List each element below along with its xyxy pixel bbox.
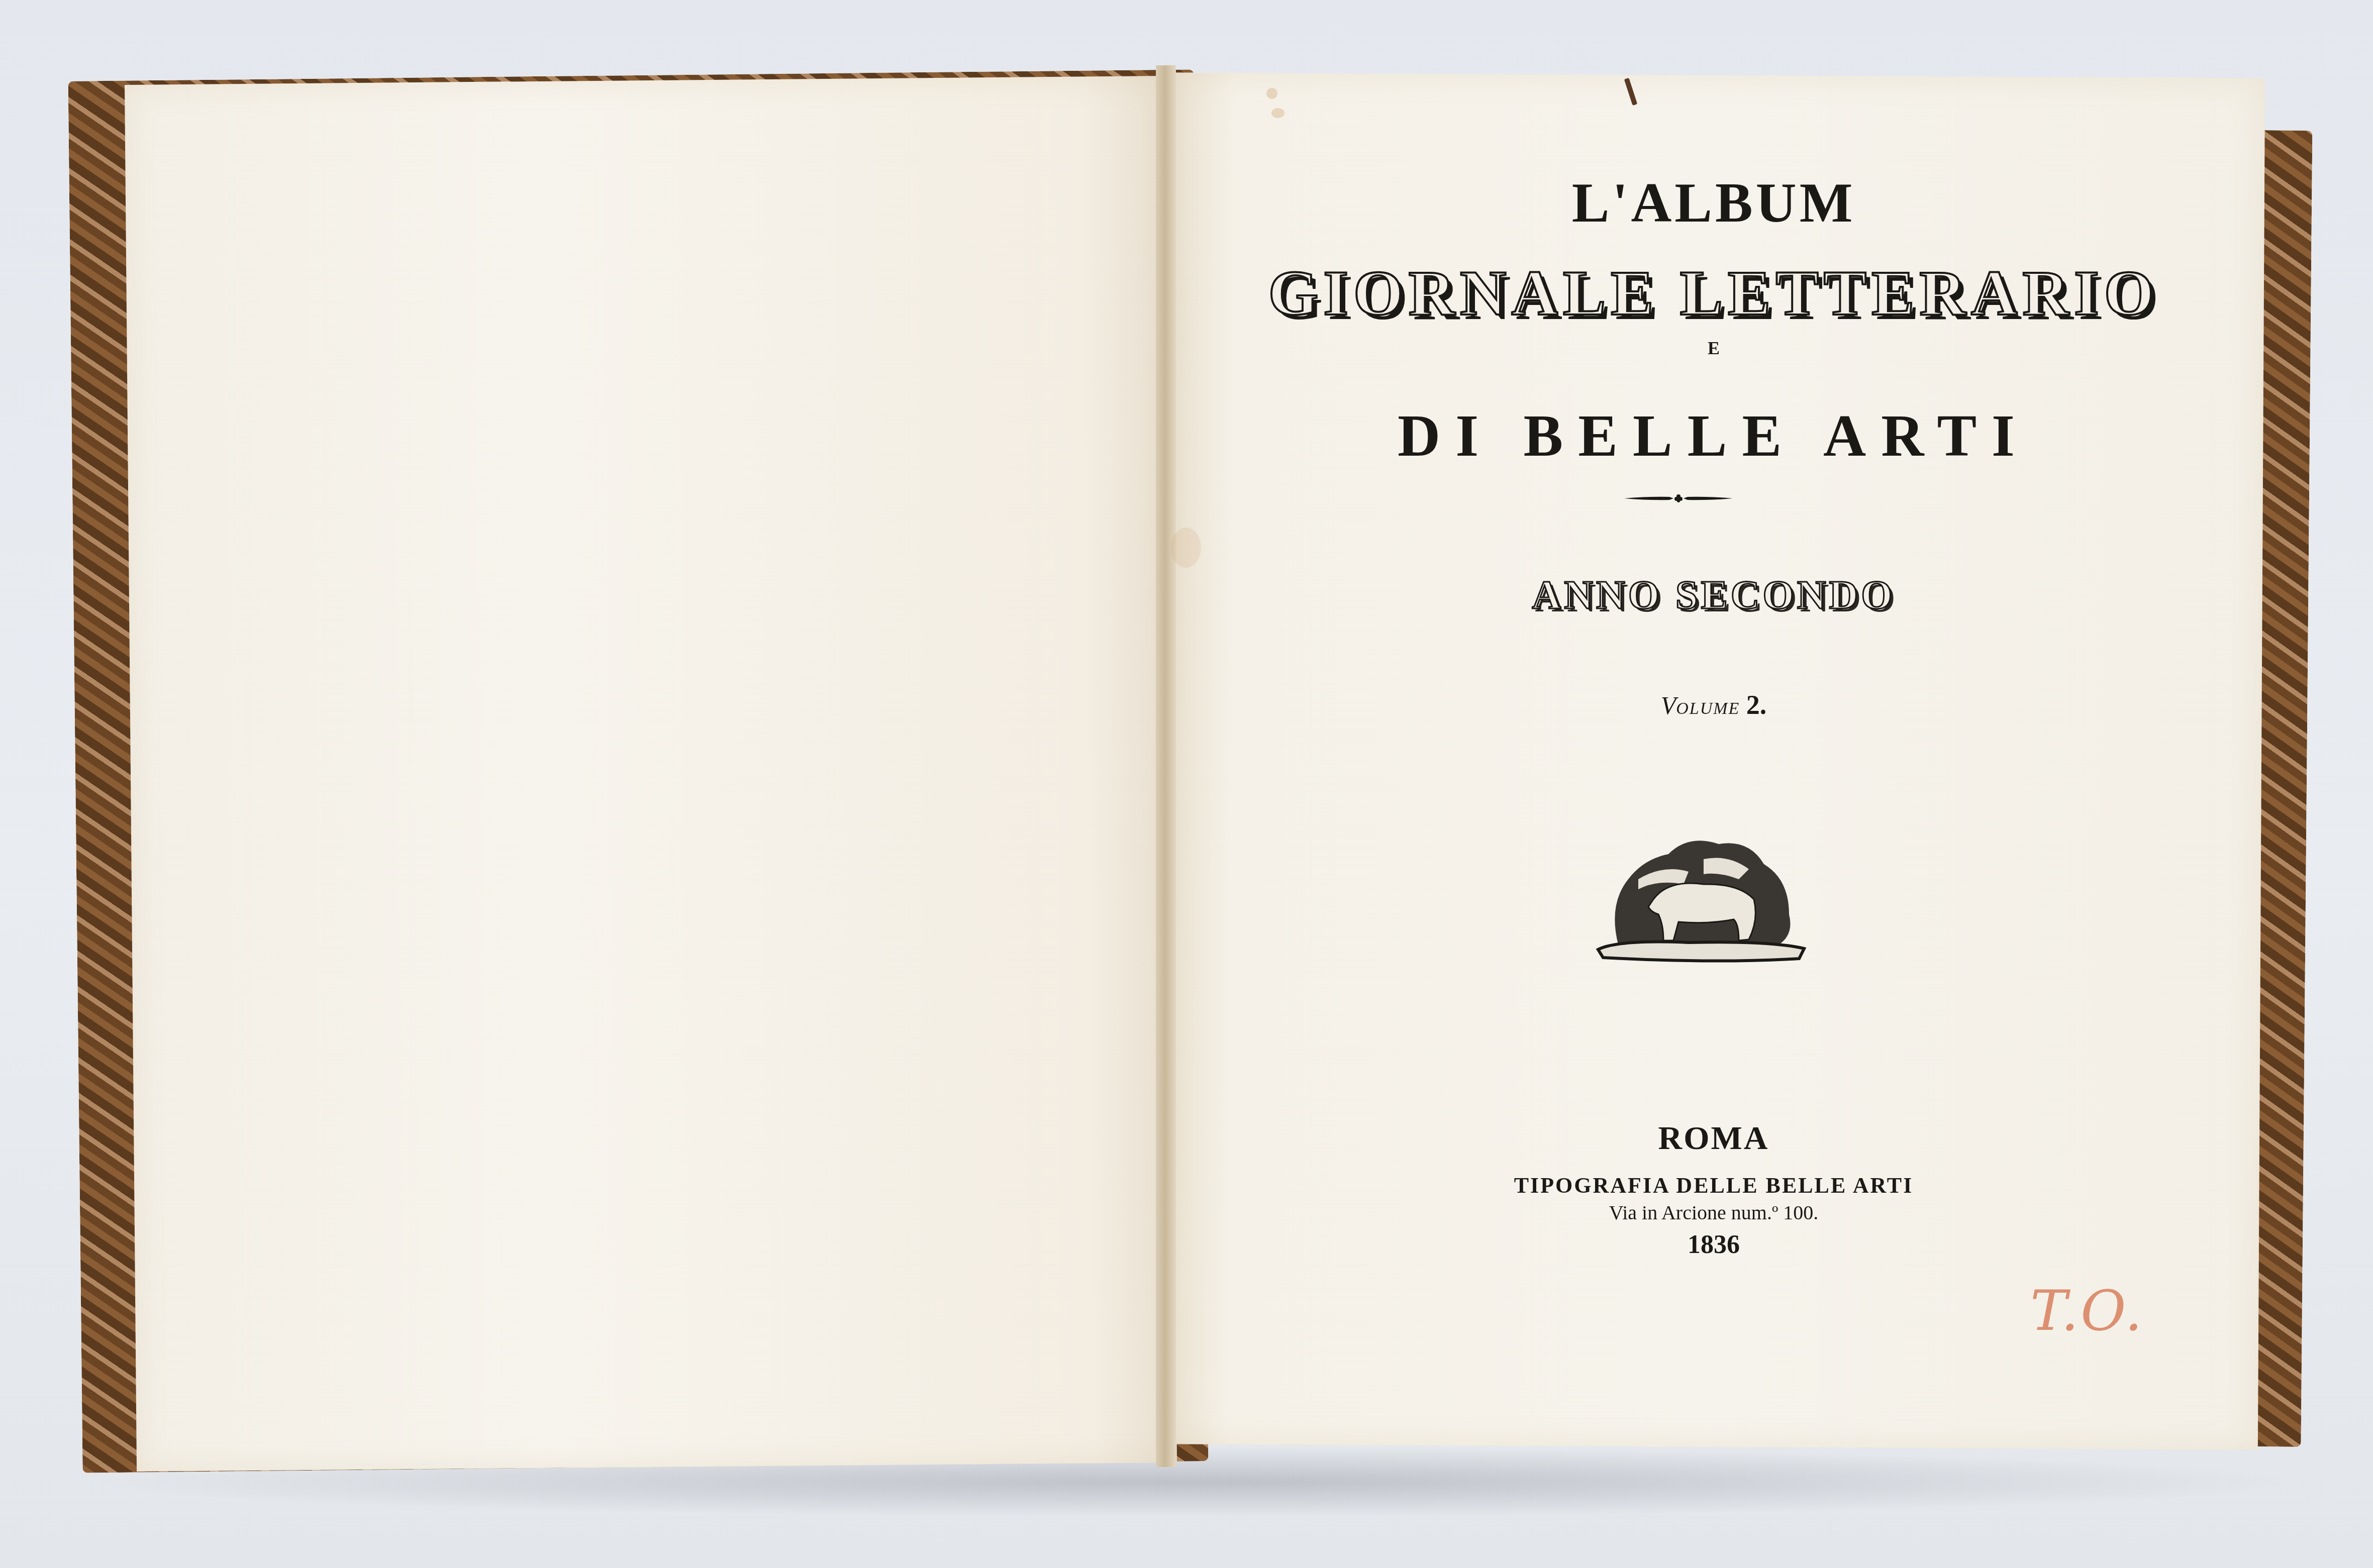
left-blank-page — [125, 76, 1177, 1472]
title-line-album: L'ALBUM — [1166, 171, 2261, 236]
foxing-spot — [1266, 88, 1277, 99]
foxing-spot — [1171, 528, 1201, 568]
imprint-year: 1836 — [1166, 1230, 2261, 1260]
volume-number: 2. — [1746, 690, 1767, 720]
volume-label: VOLUME 2. — [1166, 689, 2261, 720]
imprint-printer: TIPOGRAFIA DELLE BELLE ARTI — [1166, 1173, 2261, 1198]
foxing-spot — [1271, 108, 1284, 118]
capitoline-wolf-emblem-icon — [1588, 824, 1809, 965]
volume-initial: V — [1661, 691, 1676, 719]
title-conjunction: E — [1166, 338, 2261, 359]
title-line-giornale-letterario: GIORNALE LETTERARIO — [1166, 256, 2261, 330]
imprint-city: ROMA — [1166, 1119, 2261, 1158]
title-line-di-belle-arti: DI BELLE ARTI — [1166, 402, 2261, 470]
ornamental-divider-icon — [1623, 492, 1734, 504]
edition-anno-secondo: ANNO SECONDO — [1166, 573, 2261, 618]
imprint-address: Via in Arcione num.º 100. — [1166, 1201, 2261, 1224]
volume-rest: OLUME — [1676, 699, 1740, 718]
ownership-stamp: T.O. — [2030, 1279, 2144, 1343]
